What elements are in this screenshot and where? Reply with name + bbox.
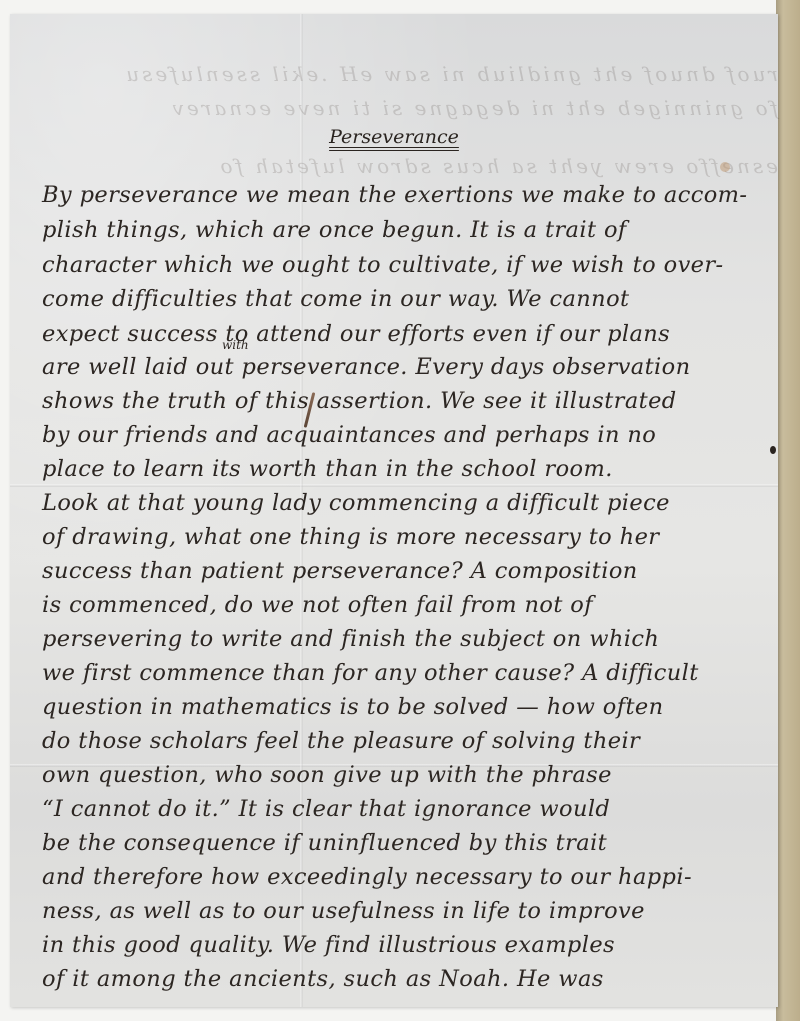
document-photo: ruof dnuof eht gnidliub ni saw eH .ekil … <box>0 0 800 1021</box>
bleed-through-text: fo gninnigeb eht ni degagne si ti neve e… <box>10 96 778 120</box>
text-line: be the consequence if uninfluenced by th… <box>42 830 772 856</box>
text-line: expect success to attend our efforts eve… <box>42 321 772 347</box>
text-line: do those scholars feel the pleasure of s… <box>42 728 772 754</box>
text-line: of it among the ancients, such as Noah. … <box>42 966 772 992</box>
fold-crease-horizontal <box>10 484 778 487</box>
text-line: “I cannot do it.” It is clear that ignor… <box>42 796 772 822</box>
ink-blot <box>770 446 776 454</box>
text-line: question in mathematics is to be solved … <box>42 694 772 720</box>
text-line: ness, as well as to our usefulness in li… <box>42 898 772 924</box>
text-line: persevering to write and finish the subj… <box>42 626 772 652</box>
text-line: we first commence than for any other cau… <box>42 660 772 686</box>
text-line: are well laid out perseverance. Every da… <box>42 354 772 380</box>
manuscript-sheet: ruof dnuof eht gnidliub ni saw eH .ekil … <box>10 14 778 1007</box>
paper-stain <box>720 162 730 172</box>
text-line: by our friends and acquaintances and per… <box>42 422 772 448</box>
text-line: place to learn its worth than in the sch… <box>42 456 772 482</box>
text-line: By perseverance we mean the exertions we… <box>42 182 772 208</box>
text-line: and therefore how exceedingly necessary … <box>42 864 772 890</box>
interlinear-insertion: with <box>222 338 249 352</box>
essay-title: Perseverance <box>10 126 778 148</box>
backing-board <box>776 0 800 1021</box>
bleed-through-text: esneffo erew yeht sa hcus sdrow lufetah … <box>10 154 778 178</box>
text-line: character which we ought to cultivate, i… <box>42 252 772 278</box>
text-line: come difficulties that come in our way. … <box>42 286 772 312</box>
text-line: is commenced, do we not often fail from … <box>42 592 772 618</box>
bleed-through-text: ruof dnuof eht gnidliub ni saw eH .ekil … <box>10 62 778 86</box>
text-line: shows the truth of this assertion. We se… <box>42 388 772 414</box>
text-line: of drawing, what one thing is more neces… <box>42 524 772 550</box>
text-line: success than patient perseverance? A com… <box>42 558 772 584</box>
text-line: Look at that young lady commencing a dif… <box>42 490 772 516</box>
text-line: plish things, which are once begun. It i… <box>42 217 772 243</box>
text-line: own question, who soon give up with the … <box>42 762 772 788</box>
text-line: in this good quality. We find illustriou… <box>42 932 772 958</box>
